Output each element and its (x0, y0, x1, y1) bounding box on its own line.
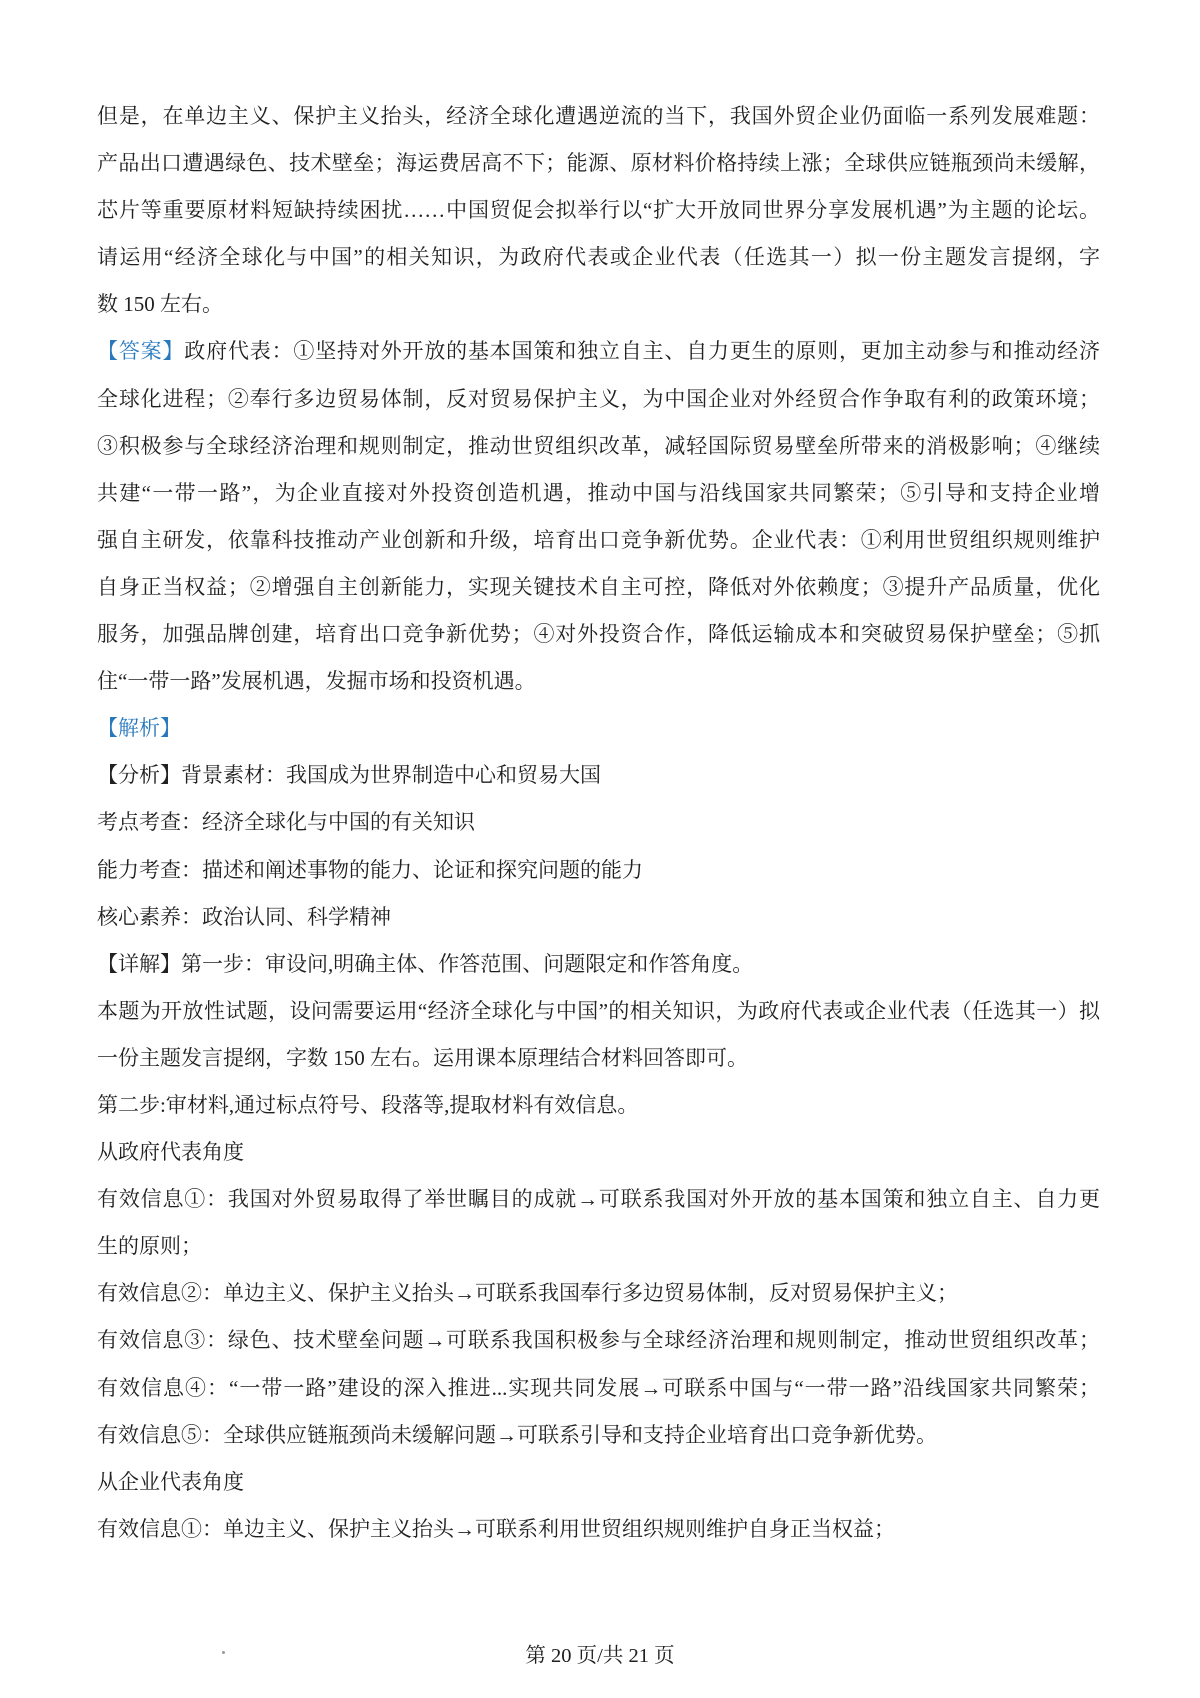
text-line: 第二步:审材料,通过标点符号、段落等,提取材料有效信息。 (97, 1082, 1100, 1129)
line-text: 第二步:审材料,通过标点符号、段落等,提取材料有效信息。 (97, 1093, 638, 1117)
text-line: ③积极参与全球经济治理和规则制定，推动世贸组织改革，减轻国际贸易壁垒所带来的消极… (97, 423, 1100, 470)
text-line: 服务，加强品牌创建，培育出口竞争新优势；④对外投资合作，降低运输成本和突破贸易保… (97, 611, 1100, 658)
line-text: 从政府代表角度 (97, 1140, 244, 1164)
line-text: 服务，加强品牌创建，培育出口竞争新优势；④对外投资合作，降低运输成本和突破贸易保… (97, 622, 1100, 646)
section-label: 【解析】 (97, 716, 181, 740)
page-number-footer: 第 20 页/共 21 页 (0, 1641, 1200, 1671)
line-text: 住“一带一路”发展机遇，发掘市场和投资机遇。 (97, 669, 536, 693)
line-text: 但是，在单边主义、保护主义抬头，经济全球化遭遇逆流的当下，我国外贸企业仍面临一系… (97, 104, 1100, 128)
line-text: 产品出口遭遇绿色、技术壁垒；海运费居高不下；能源、原材料价格持续上涨；全球供应链… (97, 151, 1100, 175)
text-line: 共建“一带一路”，为企业直接对外投资创造机遇，推动中国与沿线国家共同繁荣；⑤引导… (97, 470, 1100, 517)
text-line: 考点考查：经济全球化与中国的有关知识 (97, 799, 1100, 846)
text-line: 本题为开放性试题，设问需要运用“经济全球化与中国”的相关知识，为政府代表或企业代… (97, 988, 1100, 1035)
line-text: 强自主研发，依靠科技推动产业创新和升级，培育出口竞争新优势。企业代表：①利用世贸… (97, 528, 1100, 552)
line-text: 数 150 左右。 (97, 292, 223, 316)
text-line: 有效信息③：绿色、技术壁垒问题→可联系我国积极参与全球经济治理和规则制定，推动世… (97, 1317, 1100, 1364)
line-text: 有效信息①：单边主义、保护主义抬头→可联系利用世贸组织规则维护自身正当权益； (97, 1517, 895, 1541)
line-text: 自身正当权益；②增强自主创新能力，实现关键技术自主可控，降低对外依赖度；③提升产… (97, 575, 1100, 599)
line-text: 能力考查：描述和阐述事物的能力、论证和探究问题的能力 (97, 858, 643, 882)
text-line: 有效信息①：单边主义、保护主义抬头→可联系利用世贸组织规则维护自身正当权益； (97, 1506, 1100, 1553)
line-text: 核心素养：政治认同、科学精神 (97, 905, 391, 929)
line-text: 【详解】第一步：审设问,明确主体、作答范围、问题限定和作答角度。 (97, 952, 753, 976)
line-text: 有效信息②：单边主义、保护主义抬头→可联系我国奉行多边贸易体制，反对贸易保护主义… (97, 1281, 958, 1305)
text-line: 住“一带一路”发展机遇，发掘市场和投资机遇。 (97, 658, 1100, 705)
line-text: 【分析】背景素材：我国成为世界制造中心和贸易大国 (97, 763, 601, 787)
text-line: 有效信息④：“一带一路”建设的深入推进...实现共同发展→可联系中国与“一带一路… (97, 1365, 1100, 1412)
line-text: 生的原则； (97, 1234, 202, 1258)
line-text: 一份主题发言提纲，字数 150 左右。运用课本原理结合材料回答即可。 (97, 1046, 748, 1070)
text-line: 生的原则； (97, 1223, 1100, 1270)
line-text: 有效信息⑤：全球供应链瓶颈尚未缓解问题→可联系引导和支持企业培育出口竞争新优势。 (97, 1423, 937, 1447)
text-content: 但是，在单边主义、保护主义抬头，经济全球化遭遇逆流的当下，我国外贸企业仍面临一系… (97, 93, 1100, 1553)
text-line: 【分析】背景素材：我国成为世界制造中心和贸易大国 (97, 752, 1100, 799)
line-text: 政府代表：①坚持对外开放的基本国策和独立自主、自力更生的原则，更加主动参与和推动… (184, 339, 1100, 363)
text-line: 芯片等重要原材料短缺持续困扰……中国贸促会拟举行以“扩大开放同世界分享发展机遇”… (97, 187, 1100, 234)
text-line: 有效信息⑤：全球供应链瓶颈尚未缓解问题→可联系引导和支持企业培育出口竞争新优势。 (97, 1412, 1100, 1459)
line-text: 从企业代表角度 (97, 1470, 244, 1494)
text-line: 【解析】 (97, 705, 1100, 752)
text-line: 强自主研发，依靠科技推动产业创新和升级，培育出口竞争新优势。企业代表：①利用世贸… (97, 517, 1100, 564)
line-text: ③积极参与全球经济治理和规则制定，推动世贸组织改革，减轻国际贸易壁垒所带来的消极… (97, 434, 1100, 458)
text-line: 自身正当权益；②增强自主创新能力，实现关键技术自主可控，降低对外依赖度；③提升产… (97, 564, 1100, 611)
text-line: 【答案】政府代表：①坚持对外开放的基本国策和独立自主、自力更生的原则，更加主动参… (97, 328, 1100, 375)
line-text: 芯片等重要原材料短缺持续困扰……中国贸促会拟举行以“扩大开放同世界分享发展机遇”… (97, 198, 1100, 222)
text-line: 【详解】第一步：审设问,明确主体、作答范围、问题限定和作答角度。 (97, 941, 1100, 988)
line-text: 全球化进程；②奉行多边贸易体制，反对贸易保护主义，为中国企业对外经贸合作争取有利… (97, 387, 1100, 411)
document-page: 但是，在单边主义、保护主义抬头，经济全球化遭遇逆流的当下，我国外贸企业仍面临一系… (0, 0, 1200, 1698)
line-text: 请运用“经济全球化与中国”的相关知识，为政府代表或企业代表（任选其一）拟一份主题… (97, 245, 1100, 269)
text-line: 一份主题发言提纲，字数 150 左右。运用课本原理结合材料回答即可。 (97, 1035, 1100, 1082)
text-line: 能力考查：描述和阐述事物的能力、论证和探究问题的能力 (97, 847, 1100, 894)
line-text: 有效信息③：绿色、技术壁垒问题→可联系我国积极参与全球经济治理和规则制定，推动世… (97, 1328, 1100, 1352)
text-line: 从政府代表角度 (97, 1129, 1100, 1176)
line-text: 有效信息①：我国对外贸易取得了举世瞩目的成就→可联系我国对外开放的基本国策和独立… (97, 1187, 1100, 1211)
text-line: 数 150 左右。 (97, 281, 1100, 328)
section-label: 【答案】 (97, 339, 184, 363)
line-text: 共建“一带一路”，为企业直接对外投资创造机遇，推动中国与沿线国家共同繁荣；⑤引导… (97, 481, 1100, 505)
text-line: 从企业代表角度 (97, 1459, 1100, 1506)
line-text: 本题为开放性试题，设问需要运用“经济全球化与中国”的相关知识，为政府代表或企业代… (97, 999, 1100, 1023)
text-line: 有效信息①：我国对外贸易取得了举世瞩目的成就→可联系我国对外开放的基本国策和独立… (97, 1176, 1100, 1223)
text-line: 有效信息②：单边主义、保护主义抬头→可联系我国奉行多边贸易体制，反对贸易保护主义… (97, 1270, 1100, 1317)
text-line: 核心素养：政治认同、科学精神 (97, 894, 1100, 941)
line-text: 有效信息④：“一带一路”建设的深入推进...实现共同发展→可联系中国与“一带一路… (97, 1376, 1100, 1400)
text-line: 但是，在单边主义、保护主义抬头，经济全球化遭遇逆流的当下，我国外贸企业仍面临一系… (97, 93, 1100, 140)
text-line: 产品出口遭遇绿色、技术壁垒；海运费居高不下；能源、原材料价格持续上涨；全球供应链… (97, 140, 1100, 187)
text-line: 请运用“经济全球化与中国”的相关知识，为政府代表或企业代表（任选其一）拟一份主题… (97, 234, 1100, 281)
text-line: 全球化进程；②奉行多边贸易体制，反对贸易保护主义，为中国企业对外经贸合作争取有利… (97, 376, 1100, 423)
line-text: 考点考查：经济全球化与中国的有关知识 (97, 810, 475, 834)
